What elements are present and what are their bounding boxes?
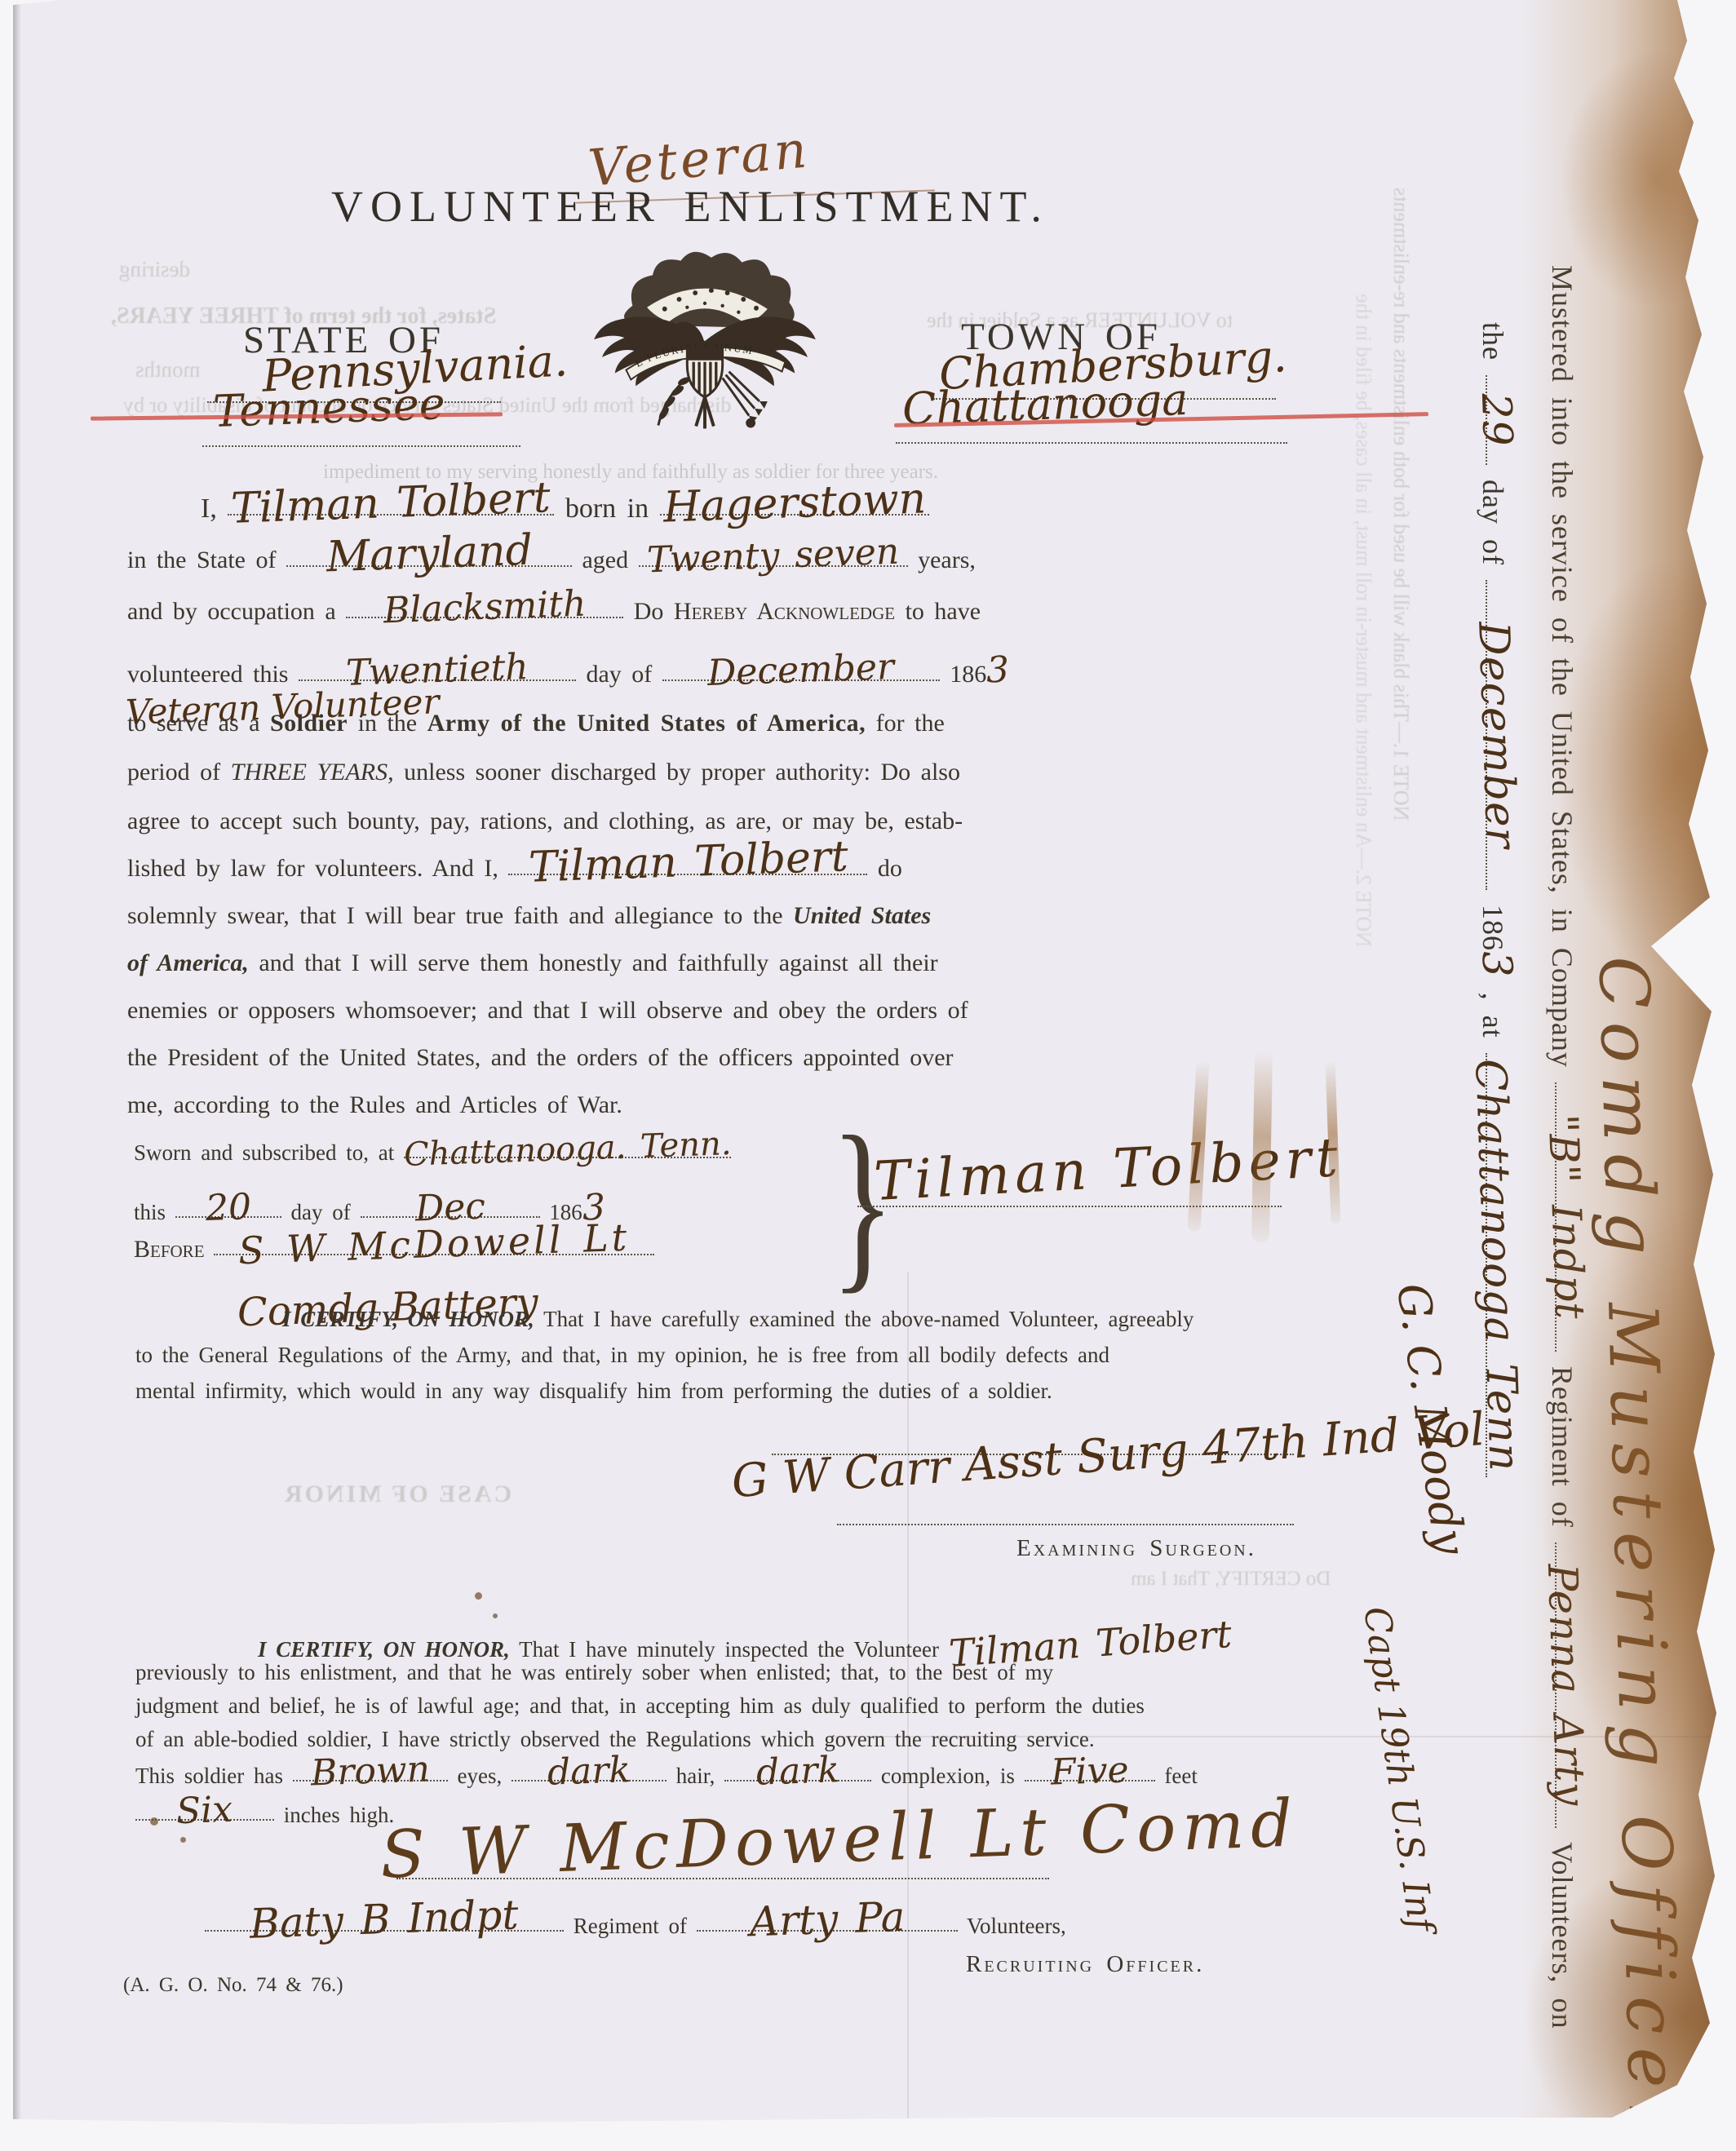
dotted-rule — [396, 1878, 1049, 1879]
recruit-cert-line-6: Six inches high. — [135, 1803, 394, 1828]
printed-text: day of — [1477, 480, 1509, 565]
printed-text: for the — [876, 710, 945, 737]
recruit-cert-line-5: This soldier has Brown eyes, dark hair, … — [135, 1764, 1198, 1789]
bleed-through-text: months — [135, 357, 201, 383]
printed-text: feet — [1164, 1764, 1197, 1788]
muster-place-blank: Chattanooga Tenn — [1486, 1053, 1504, 1477]
occupation-handwritten: Blacksmith — [383, 598, 587, 617]
occupation-blank: Blacksmith — [346, 601, 623, 618]
name-handwritten: Tilman Tolbert — [528, 849, 848, 875]
dotted-rule — [857, 1206, 1282, 1207]
recruit-cert-line-4: of an able-bodied soldier, I have strict… — [135, 1727, 1095, 1752]
recruiting-officer-signature-handwritten: S W McDowell Lt Comd — [379, 1785, 1300, 1892]
sworn-month-handwritten: Dec — [414, 1201, 485, 1215]
fold-crease — [907, 1272, 909, 2121]
height-inches-handwritten: Six — [176, 1804, 233, 1818]
printed-text: of America, — [127, 949, 249, 976]
battery-blank: Baty B Indpt — [205, 1913, 564, 1932]
printed-text: in the State of — [127, 547, 276, 573]
bleed-through-text: Do CERTIFY, That I am — [1131, 1568, 1331, 1591]
printed-text: do — [878, 855, 902, 882]
complexion-handwritten: dark — [756, 1764, 840, 1779]
recruiting-officer-label: Recruiting Officer. — [966, 1951, 1204, 1978]
body-line-2: in the State of Maryland aged Twenty sev… — [127, 547, 976, 574]
printed-text: eyes, — [457, 1764, 502, 1788]
sworn-day-handwritten: 20 — [206, 1201, 252, 1215]
surgeon-cert-line-3: mental infirmity, which would in any way… — [135, 1379, 1052, 1404]
sworn-place-handwritten: Chattanooga. Tenn. — [404, 1138, 732, 1161]
printed-text: Do — [634, 598, 664, 625]
printed-text: in the — [358, 710, 418, 737]
printed-text: years, — [918, 547, 976, 573]
age-blank: Twenty seven — [639, 550, 908, 567]
printed-text: complexion, is — [881, 1764, 1015, 1788]
regiment-blank: Arty Pa — [697, 1913, 958, 1932]
dotted-rule — [896, 442, 1287, 444]
body-line-7: agree to accept such bounty, pay, ration… — [127, 808, 963, 835]
ink-stain — [1251, 1051, 1273, 1242]
printed-text: 186 — [1477, 905, 1509, 951]
printed-text: Sworn and subscribed to, at — [134, 1140, 394, 1165]
enlistment-form-page: desiring to VOLUNTEER as a Soldier in th… — [13, 0, 1723, 2124]
printed-text: , at — [1477, 993, 1509, 1038]
eyes-handwritten: Brown — [311, 1763, 430, 1779]
printed-text: day of — [291, 1200, 351, 1224]
printed-text: aged — [582, 547, 628, 573]
ink-speck — [475, 1592, 482, 1600]
enlist-day-blank: Twentieth — [299, 664, 576, 681]
birthplace-blank: Hagerstown — [660, 496, 929, 516]
enlist-day-handwritten: Twentieth — [346, 661, 529, 679]
body-line-13: me, according to the Rules and Articles … — [127, 1091, 622, 1119]
recruit-cert-line-3: judgment and belief, he is of lawful age… — [135, 1693, 1145, 1719]
printed-text: I CERTIFY, ON HONOR, — [282, 1307, 534, 1331]
printed-text: born in — [565, 493, 649, 524]
enlist-month-blank: December — [662, 664, 940, 681]
printed-text: That I have carefully examined the above… — [543, 1307, 1193, 1331]
body-line-3: and by occupation a Blacksmith Do Hereby… — [127, 598, 981, 626]
volunteer-signature-handwritten: Tilman Tolbert — [872, 1126, 1344, 1213]
printed-text: to have — [906, 598, 981, 625]
body-line-4: volunteered this Twentieth day of Decemb… — [127, 649, 1009, 691]
printed-text: and that I will serve them honestly and … — [259, 949, 937, 976]
height-feet-handwritten: Five — [1051, 1764, 1129, 1779]
recruit-cert-line-2: previously to his enlistment, and that h… — [135, 1660, 1053, 1685]
aged-paper-edge — [1519, 0, 1723, 2124]
ink-speck — [150, 1817, 158, 1826]
printed-text: solemnly swear, that I will bear true fa… — [127, 902, 783, 929]
ink-speck — [493, 1613, 498, 1618]
body-line-11: enemies or opposers whomsoever; and that… — [127, 997, 968, 1025]
printed-text: Regiment of — [573, 1914, 687, 1938]
printed-text: I, — [201, 493, 217, 524]
printed-text: Army of the United States of America, — [427, 710, 866, 737]
printed-text: I CERTIFY, ON HONOR, — [258, 1637, 510, 1662]
muster-year-digit-handwritten: 3 — [1472, 950, 1521, 979]
printed-text: inches high. — [284, 1803, 394, 1827]
sworn-month-blank: Dec — [361, 1202, 540, 1218]
unit-line: Baty B Indpt Regiment of Arty Pa Volunte… — [205, 1913, 1066, 1939]
body-line-5: to serve as a Soldier in the Army of the… — [127, 710, 945, 737]
mustering-officer-name-handwritten: G. C. Moody — [1387, 1280, 1476, 1557]
year-digit-handwritten: 3 — [985, 649, 1010, 692]
printed-text: to serve as a — [127, 710, 259, 737]
printed-text: Volunteers, — [967, 1914, 1066, 1938]
printed-text: lished by law for volunteers. And I, — [127, 855, 498, 882]
complexion-blank: dark — [724, 1765, 871, 1781]
muster-day-handwritten: 29 — [1488, 393, 1504, 447]
printed-text: THREE YEARS, — [231, 759, 394, 786]
body-line-6: period of THREE YEARS, unless sooner dis… — [127, 759, 960, 786]
height-feet-blank: Five — [1025, 1765, 1155, 1781]
printed-text: 186 — [950, 661, 986, 688]
muster-day-blank: 29 — [1486, 375, 1503, 465]
printed-text: period of — [127, 759, 220, 786]
page-edge-shadow — [13, 0, 21, 2124]
hair-handwritten: dark — [547, 1764, 631, 1779]
name-blank: Tilman Tolbert — [228, 496, 554, 516]
state-struck-handwritten: Tennessee — [212, 378, 446, 437]
state-of-birth-handwritten: Maryland — [325, 543, 532, 565]
recruit-cert-line-1: I CERTIFY, ON HONOR, That I have minutel… — [258, 1622, 1232, 1666]
ink-speck — [180, 1837, 186, 1843]
state-of-birth-blank: Maryland — [286, 547, 572, 567]
name-handwritten: Tilman Tolbert — [231, 490, 551, 516]
sworn-day-blank: 20 — [175, 1202, 281, 1218]
bleed-through-text: NOTE 2.—An enlistment and muster-in roll… — [1351, 294, 1375, 947]
hair-blank: dark — [511, 1765, 666, 1781]
examining-surgeon-label: Examining Surgeon. — [1016, 1535, 1256, 1562]
bleed-through-text: CASE OF MINOR — [282, 1480, 511, 1508]
printed-text: That I have minutely inspected the Volun… — [519, 1637, 939, 1662]
body-line-9: solemnly swear, that I will bear true fa… — [127, 902, 931, 930]
eagle-emblem: E PLURIBUS UNUM — [584, 243, 826, 452]
printed-text: hair, — [676, 1764, 715, 1788]
battery-handwritten: Baty B Indpt — [250, 1908, 519, 1932]
sworn-line-1: Sworn and subscribed to, at Chattanooga.… — [134, 1140, 731, 1166]
printed-text: Soldier — [270, 710, 348, 737]
dotted-rule — [837, 1524, 1294, 1525]
printed-text: volunteered this — [127, 661, 288, 688]
printed-text: and by occupation a — [127, 598, 336, 625]
printed-text: day of — [586, 661, 652, 688]
age-handwritten: Twenty seven — [647, 546, 900, 567]
sworn-line-3: Before S W McDowell Lt — [134, 1236, 654, 1264]
bleed-through-text: NOTE 1.—This blank will be used for both… — [1388, 188, 1413, 821]
form-title: VOLUNTEER ENLISTMENT. — [307, 181, 1074, 232]
dotted-rule — [202, 445, 520, 447]
body-line-8: lished by law for volunteers. And I, Til… — [127, 855, 902, 883]
printed-text: the — [1477, 322, 1509, 361]
printed-text: Hereby Acknowledge — [674, 598, 895, 625]
mustering-officer-rank-handwritten: Capt 19th U.S. Inf — [1355, 1604, 1441, 1934]
bleed-through-text: desiring — [119, 257, 190, 282]
body-line-10: of America, and that I will serve them h… — [127, 949, 938, 977]
muster-month-blank: December — [1486, 580, 1504, 890]
printed-text: This soldier has — [135, 1764, 283, 1788]
muster-month-handwritten: December — [1486, 621, 1508, 848]
ago-footnote: (A. G. O. No. 74 & 76.) — [123, 1974, 343, 1997]
before-officer-handwritten: S W McDowell Lt — [238, 1231, 630, 1258]
sworn-place-blank: Chattanooga. Tenn. — [404, 1144, 732, 1158]
birthplace-handwritten: Hagerstown — [662, 491, 926, 515]
before-label: Before — [134, 1236, 205, 1263]
printed-text: this — [134, 1200, 166, 1224]
before-officer-blank: S W McDowell Lt — [214, 1237, 654, 1255]
muster-line-2: the 29 day of December 1863 , at Chattan… — [1473, 322, 1521, 1477]
enlist-month-handwritten: December — [707, 661, 894, 679]
printed-text: unless sooner discharged by proper autho… — [404, 759, 960, 786]
body-line-1: I, Tilman Tolbert born in Hagerstown — [201, 493, 929, 524]
muster-place-handwritten: Chattanooga Tenn — [1482, 1058, 1512, 1472]
printed-text: United States — [793, 902, 931, 929]
eyes-blank: Brown — [293, 1765, 448, 1781]
surgeon-cert-line-2: to the General Regulations of the Army, … — [135, 1343, 1109, 1368]
regiment-handwritten: Arty Pa — [749, 1910, 905, 1930]
surgeon-cert-line-1: I CERTIFY, ON HONOR, That I have careful… — [282, 1307, 1193, 1332]
body-line-12: the President of the United States, and … — [127, 1044, 954, 1072]
name-blank: Tilman Tolbert — [508, 855, 867, 875]
